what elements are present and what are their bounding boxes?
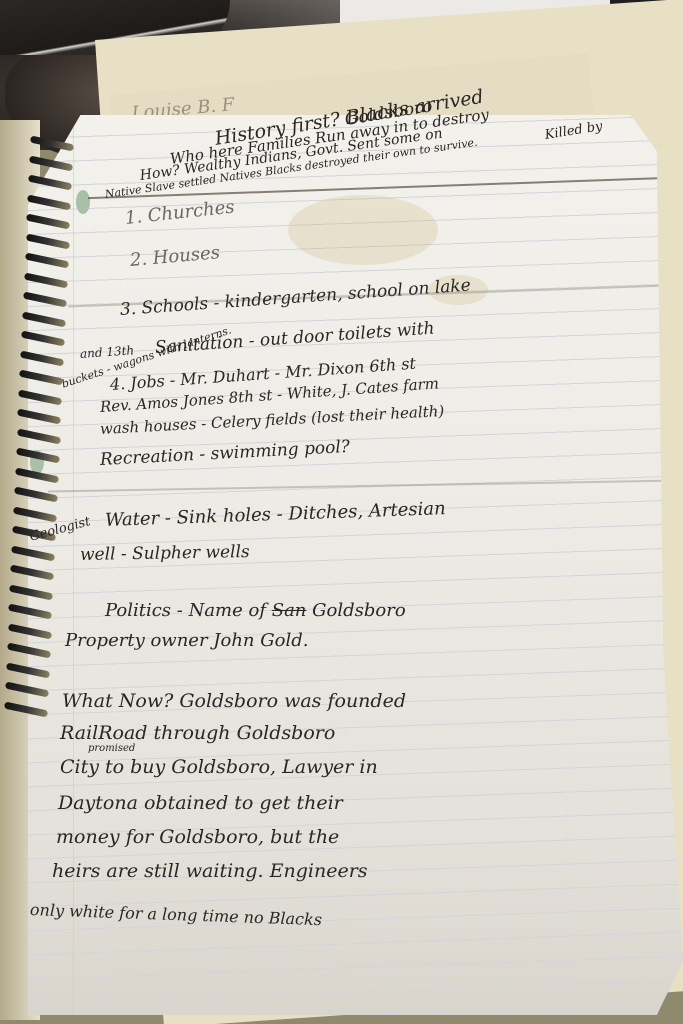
punch-hole xyxy=(76,190,90,214)
note-what-now-6: heirs are still waiting. Engineers xyxy=(52,860,368,882)
spiral-ring xyxy=(24,253,68,269)
spiral-ring xyxy=(23,272,67,288)
spiral-ring xyxy=(9,584,53,600)
water-stain xyxy=(288,195,438,265)
note-politics-goldsboro: Goldsboro xyxy=(312,600,406,621)
note-insert-promised: promised xyxy=(88,743,135,754)
note-what-now: What Now? Goldsboro was founded xyxy=(62,690,406,712)
spiral-ring xyxy=(25,233,69,249)
spiral-binding xyxy=(0,140,70,1020)
spiral-ring xyxy=(13,506,57,522)
note-what-now-4: Daytona obtained to get their xyxy=(58,792,343,814)
note-politics-text: Politics - Name of xyxy=(105,600,266,621)
note-what-now-3: City to buy Goldsboro, Lawyer in xyxy=(60,756,378,778)
spiral-ring xyxy=(28,175,72,191)
spiral-ring xyxy=(14,467,58,483)
spiral-ring xyxy=(16,428,60,444)
spiral-ring xyxy=(4,701,48,717)
spiral-ring xyxy=(7,623,51,639)
spiral-ring xyxy=(23,292,67,308)
spiral-ring xyxy=(15,448,59,464)
spiral-ring xyxy=(5,682,49,698)
spiral-ring xyxy=(27,194,71,210)
note-politics-struck: San xyxy=(272,600,307,621)
spiral-ring xyxy=(20,350,64,366)
page-fold xyxy=(48,480,678,493)
note-politics: Politics - Name of San Goldsboro xyxy=(105,600,406,621)
spiral-ring xyxy=(26,214,70,230)
spiral-ring xyxy=(17,409,61,425)
spiral-ring xyxy=(10,565,54,581)
spiral-ring xyxy=(19,370,63,386)
note-what-now-5: money for Goldsboro, but the xyxy=(56,826,339,848)
spiral-ring xyxy=(6,643,50,659)
spiral-ring xyxy=(5,662,49,678)
spiral-ring xyxy=(18,389,62,405)
note-what-now-2: RailRoad through Goldsboro xyxy=(60,722,335,744)
spiral-ring xyxy=(29,155,73,171)
spiral-ring xyxy=(8,604,52,620)
note-politics-2: Property owner John Gold. xyxy=(65,630,308,651)
spiral-ring xyxy=(21,331,65,347)
spiral-ring xyxy=(14,487,58,503)
spiral-ring xyxy=(22,311,66,327)
spiral-ring xyxy=(11,545,55,561)
note-water-2: well - Sulpher wells xyxy=(80,542,250,565)
